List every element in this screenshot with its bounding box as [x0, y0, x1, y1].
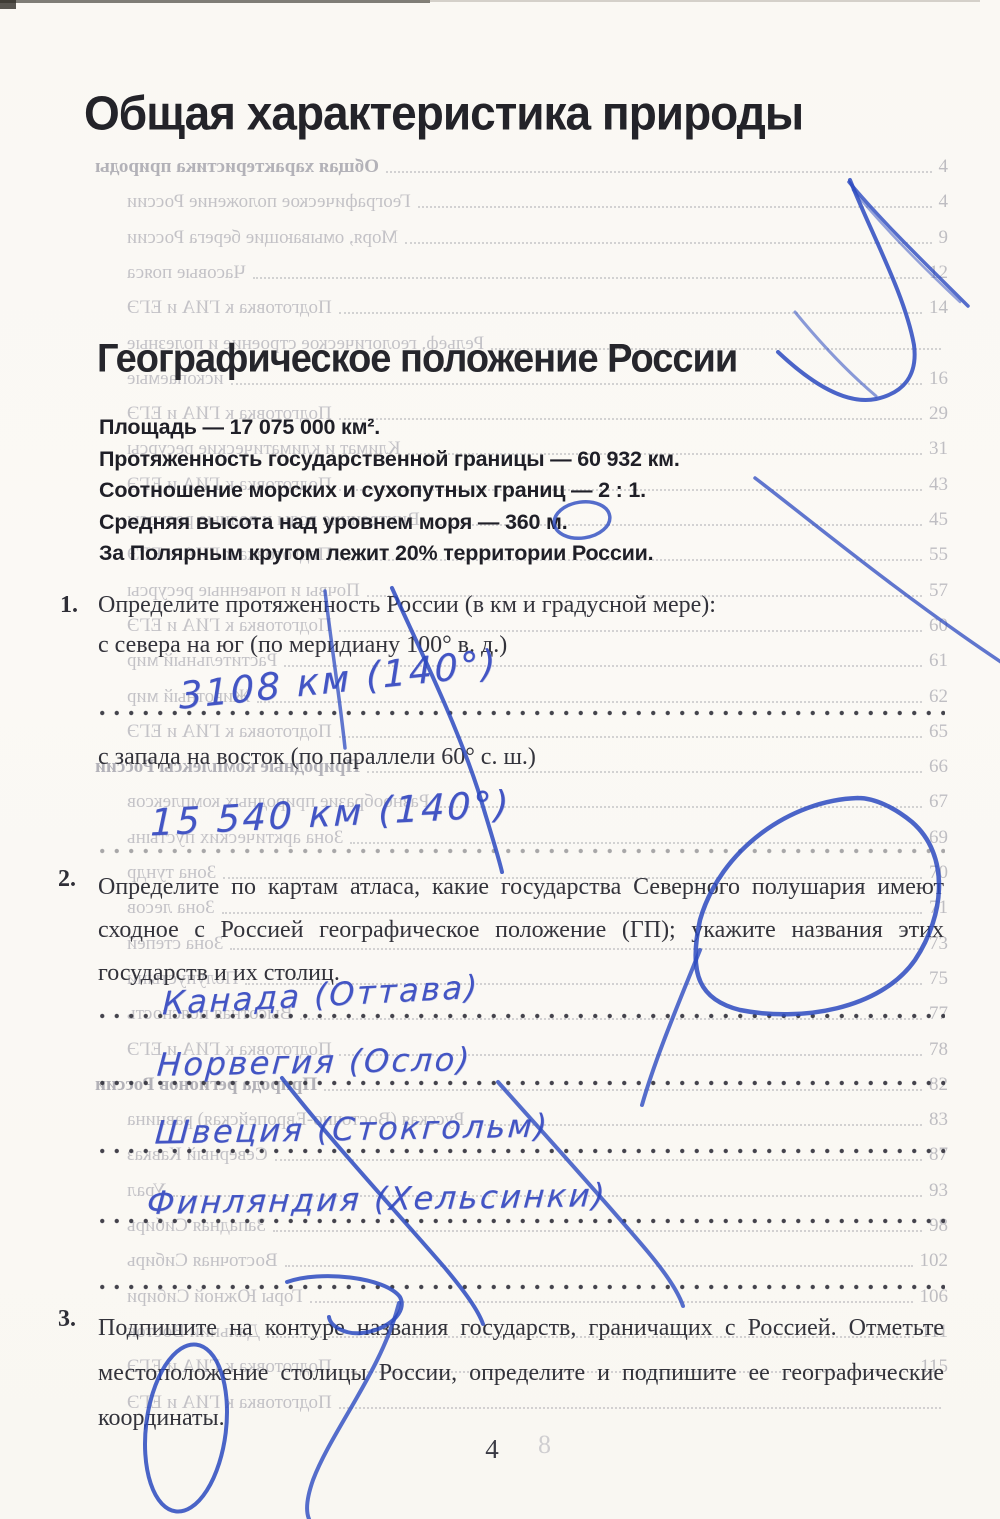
handwritten-answer-norway: Норвегия (Осло) [156, 1040, 473, 1084]
handwritten-answer-finland: Финляндия (Хельсинки) [146, 1176, 609, 1222]
fact-border-ratio: Соотношение морских и сухопутных границ … [99, 475, 859, 507]
question-2-text: Определите по картам атласа, какие госуд… [98, 866, 944, 995]
question-1-text: Определите протяженность России (в км и … [98, 592, 716, 619]
chapter-title: Общая характеристика природы [84, 85, 803, 141]
printed-content: Общая характеристика природы Географичес… [0, 0, 1000, 1519]
answer-dotted-line-empty [95, 1284, 945, 1290]
question-3-text: Подпишите на контуре названия государств… [98, 1306, 944, 1441]
page-number-bleed: 8 [538, 1430, 551, 1460]
fact-border-length: Протяженность государственной границы — … [99, 444, 859, 476]
answer-dotted-line [95, 848, 945, 854]
question-3-number: 3. [58, 1306, 76, 1333]
facts-block: Площадь — 17 075 000 км². Протяженность … [99, 412, 859, 570]
fact-mean-elevation: Средняя высота над уровнем моря — 360 м. [99, 507, 859, 539]
workbook-page-scan: Общая характеристика природы4Географичес… [0, 0, 1000, 1519]
section-title: Географическое положение России [97, 337, 737, 382]
question-2-number: 2. [58, 866, 76, 893]
handwritten-answer-sweden: Швеция (Стокгольм) [154, 1107, 551, 1152]
page-number: 4 [470, 1434, 514, 1465]
fact-polar-circle: За Полярным кругом лежит 20% территории … [99, 538, 859, 570]
handwritten-answer-west-east: 15 540 км (140°) [150, 782, 512, 844]
question-1-number: 1. [60, 592, 78, 619]
fact-area: Площадь — 17 075 000 км². [99, 412, 859, 444]
question-1-prompt-west-east: с запада на восток (по параллели 60° с. … [98, 744, 536, 771]
